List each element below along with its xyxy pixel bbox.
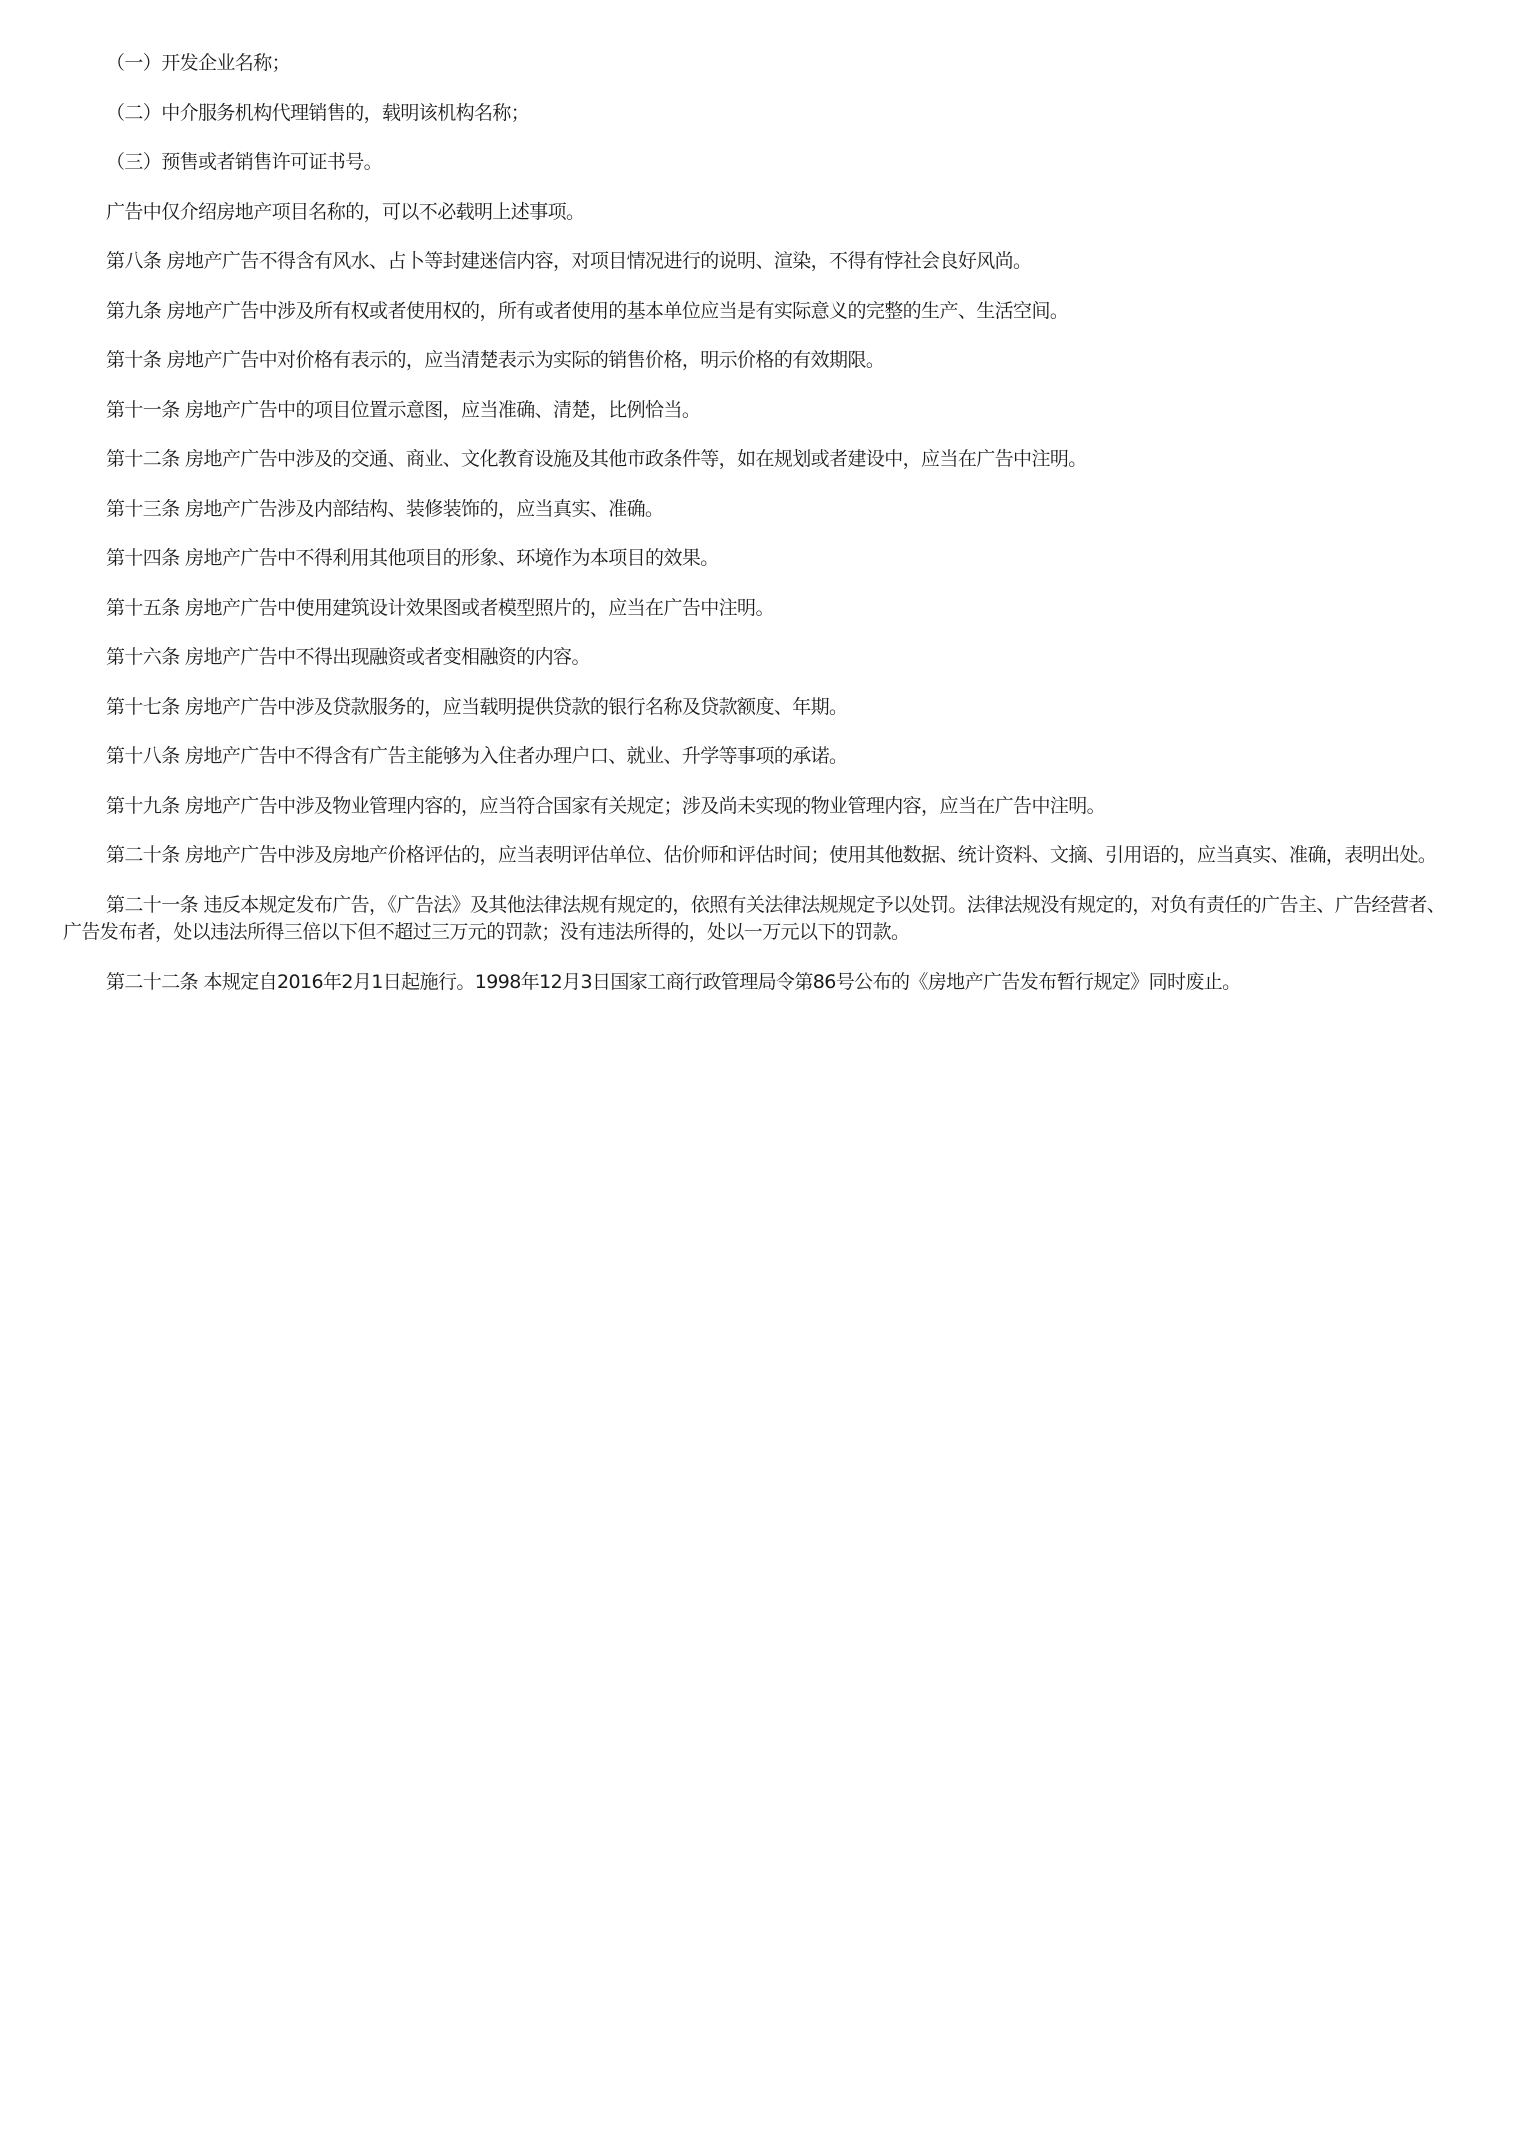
paragraph-note: 广告中仅介绍房地产项目名称的，可以不必载明上述事项。 (63, 199, 1456, 227)
article-17: 第十七条 房地产广告中涉及贷款服务的，应当载明提供贷款的银行名称及贷款额度、年期… (63, 694, 1456, 722)
article-14: 第十四条 房地产广告中不得利用其他项目的形象、环境作为本项目的效果。 (63, 545, 1456, 573)
article-20: 第二十条 房地产广告中涉及房地产价格评估的，应当表明评估单位、估价师和评估时间；… (63, 842, 1456, 870)
article-13: 第十三条 房地产广告涉及内部结构、装修装饰的，应当真实、准确。 (63, 496, 1456, 524)
article-16: 第十六条 房地产广告中不得出现融资或者变相融资的内容。 (63, 644, 1456, 672)
article-9: 第九条 房地产广告中涉及所有权或者使用权的，所有或者使用的基本单位应当是有实际意… (63, 298, 1456, 326)
list-item-agency-name: （二）中介服务机构代理销售的，载明该机构名称； (63, 100, 1456, 128)
article-12: 第十二条 房地产广告中涉及的交通、商业、文化教育设施及其他市政条件等，如在规划或… (63, 446, 1456, 474)
article-22: 第二十二条 本规定自2016年2月1日起施行。1998年12月3日国家工商行政管… (63, 969, 1456, 997)
article-18: 第十八条 房地产广告中不得含有广告主能够为入住者办理户口、就业、升学等事项的承诺… (63, 743, 1456, 771)
list-item-license-number: （三）预售或者销售许可证书号。 (63, 149, 1456, 177)
article-10: 第十条 房地产广告中对价格有表示的，应当清楚表示为实际的销售价格，明示价格的有效… (63, 347, 1456, 375)
article-11: 第十一条 房地产广告中的项目位置示意图，应当准确、清楚，比例恰当。 (63, 397, 1456, 425)
list-item-developer-name: （一）开发企业名称； (63, 50, 1456, 78)
article-15: 第十五条 房地产广告中使用建筑设计效果图或者模型照片的，应当在广告中注明。 (63, 595, 1456, 623)
article-19: 第十九条 房地产广告中涉及物业管理内容的，应当符合国家有关规定；涉及尚未实现的物… (63, 793, 1456, 821)
article-8: 第八条 房地产广告不得含有风水、占卜等封建迷信内容，对项目情况进行的说明、渲染，… (63, 248, 1456, 276)
article-21: 第二十一条 违反本规定发布广告，《广告法》及其他法律法规有规定的，依照有关法律法… (63, 892, 1456, 947)
document-page: （一）开发企业名称； （二）中介服务机构代理销售的，载明该机构名称； （三）预售… (63, 50, 1456, 1018)
